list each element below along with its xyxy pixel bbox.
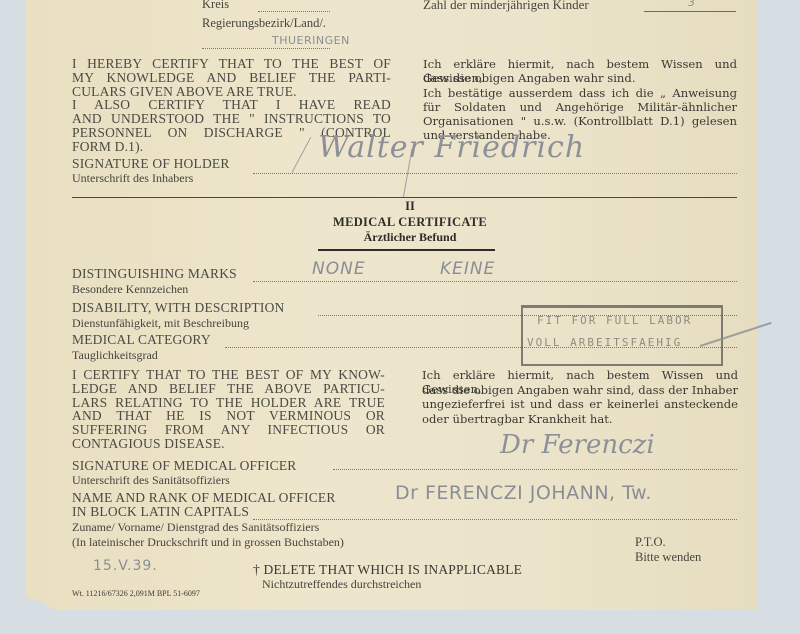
regierungsbezirk-line (202, 48, 330, 49)
medical-certification-de: Ich erkläre hiermit, nach bestem Wissen … (422, 369, 738, 427)
kinder-line (644, 11, 736, 12)
officer-name-label-2: IN BLOCK LATIN CAPITALS (72, 504, 249, 520)
distinguishing-marks-value-de: KEINE (440, 259, 495, 279)
section-divider (72, 197, 737, 198)
distinguishing-marks-value: NONE (312, 259, 366, 279)
fit-for-labor-stamp: FIT FOR FULL LABOR VOLL ARBEITSFAEHIG (521, 305, 723, 366)
heading-underline (318, 249, 495, 251)
officer-signature-label: SIGNATURE OF MEDICAL OFFICER (72, 458, 297, 474)
date-value: 15.V.39. (93, 558, 158, 574)
kinder-label: Zahl der minderjährigen Kinder (423, 0, 589, 13)
delete-note-de: Nichtzutreffendes durchstreichen (262, 577, 421, 592)
distinguishing-marks-label-de: Besondere Kennzeichen (72, 282, 188, 297)
print-code: Wt. 11216/67326 2,091M BPL 51-6097 (72, 589, 200, 598)
officer-signature-line (333, 469, 737, 470)
pto-label-de: Bitte wenden (635, 550, 701, 565)
medical-category-label-de: Tauglichkeitsgrad (72, 348, 158, 363)
medical-heading: II MEDICAL CERTIFICATE Ärztlicher Befund (300, 199, 520, 245)
officer-name-label-de: Zuname/ Vorname/ Dienstgrad des Sanitäts… (72, 520, 319, 535)
officer-name-label-de-2: (In lateinischer Druckschrift und in gro… (72, 535, 344, 550)
officer-signature-label-de: Unterschrift des Sanitätsoffiziers (72, 473, 230, 488)
officer-signature: Dr Ferenczi (500, 430, 655, 460)
pto-label: P.T.O. (635, 535, 666, 550)
distinguishing-marks-line (253, 281, 737, 282)
medical-title: MEDICAL CERTIFICATE (300, 214, 520, 230)
section-number: II (300, 199, 520, 214)
regierungsbezirk-label: Regierungsbezirk/Land/. (202, 16, 326, 31)
officer-name-value: Dr FERENCZI JOHANN, Tw. (395, 482, 652, 504)
officer-name-line (253, 519, 737, 520)
medical-certification-en: I CERTIFY THAT TO THE BEST OF MY KNOW- L… (72, 368, 385, 451)
delete-note: † DELETE THAT WHICH IS INAPPLICABLE (253, 562, 522, 578)
kreis-label: Kreis (202, 0, 229, 12)
disability-label-de: Dienstunfähigkeit, mit Beschreibung (72, 316, 249, 331)
regierungsbezirk-value: THUERINGEN (272, 34, 350, 47)
holder-signature-label: SIGNATURE OF HOLDER (72, 156, 230, 172)
kinder-value: 3 (688, 0, 695, 9)
holder-signature-line (253, 173, 737, 174)
medical-title-de: Ärztlicher Befund (300, 230, 520, 245)
holder-signature: Walter Friedrich (318, 130, 585, 165)
disability-label: DISABILITY, WITH DESCRIPTION (72, 300, 284, 316)
kreis-value: " (285, 0, 290, 7)
holder-signature-label-de: Unterschrift des Inhabers (72, 171, 193, 186)
medical-category-label: MEDICAL CATEGORY (72, 332, 211, 348)
distinguishing-marks-label: DISTINGUISHING MARKS (72, 266, 237, 282)
